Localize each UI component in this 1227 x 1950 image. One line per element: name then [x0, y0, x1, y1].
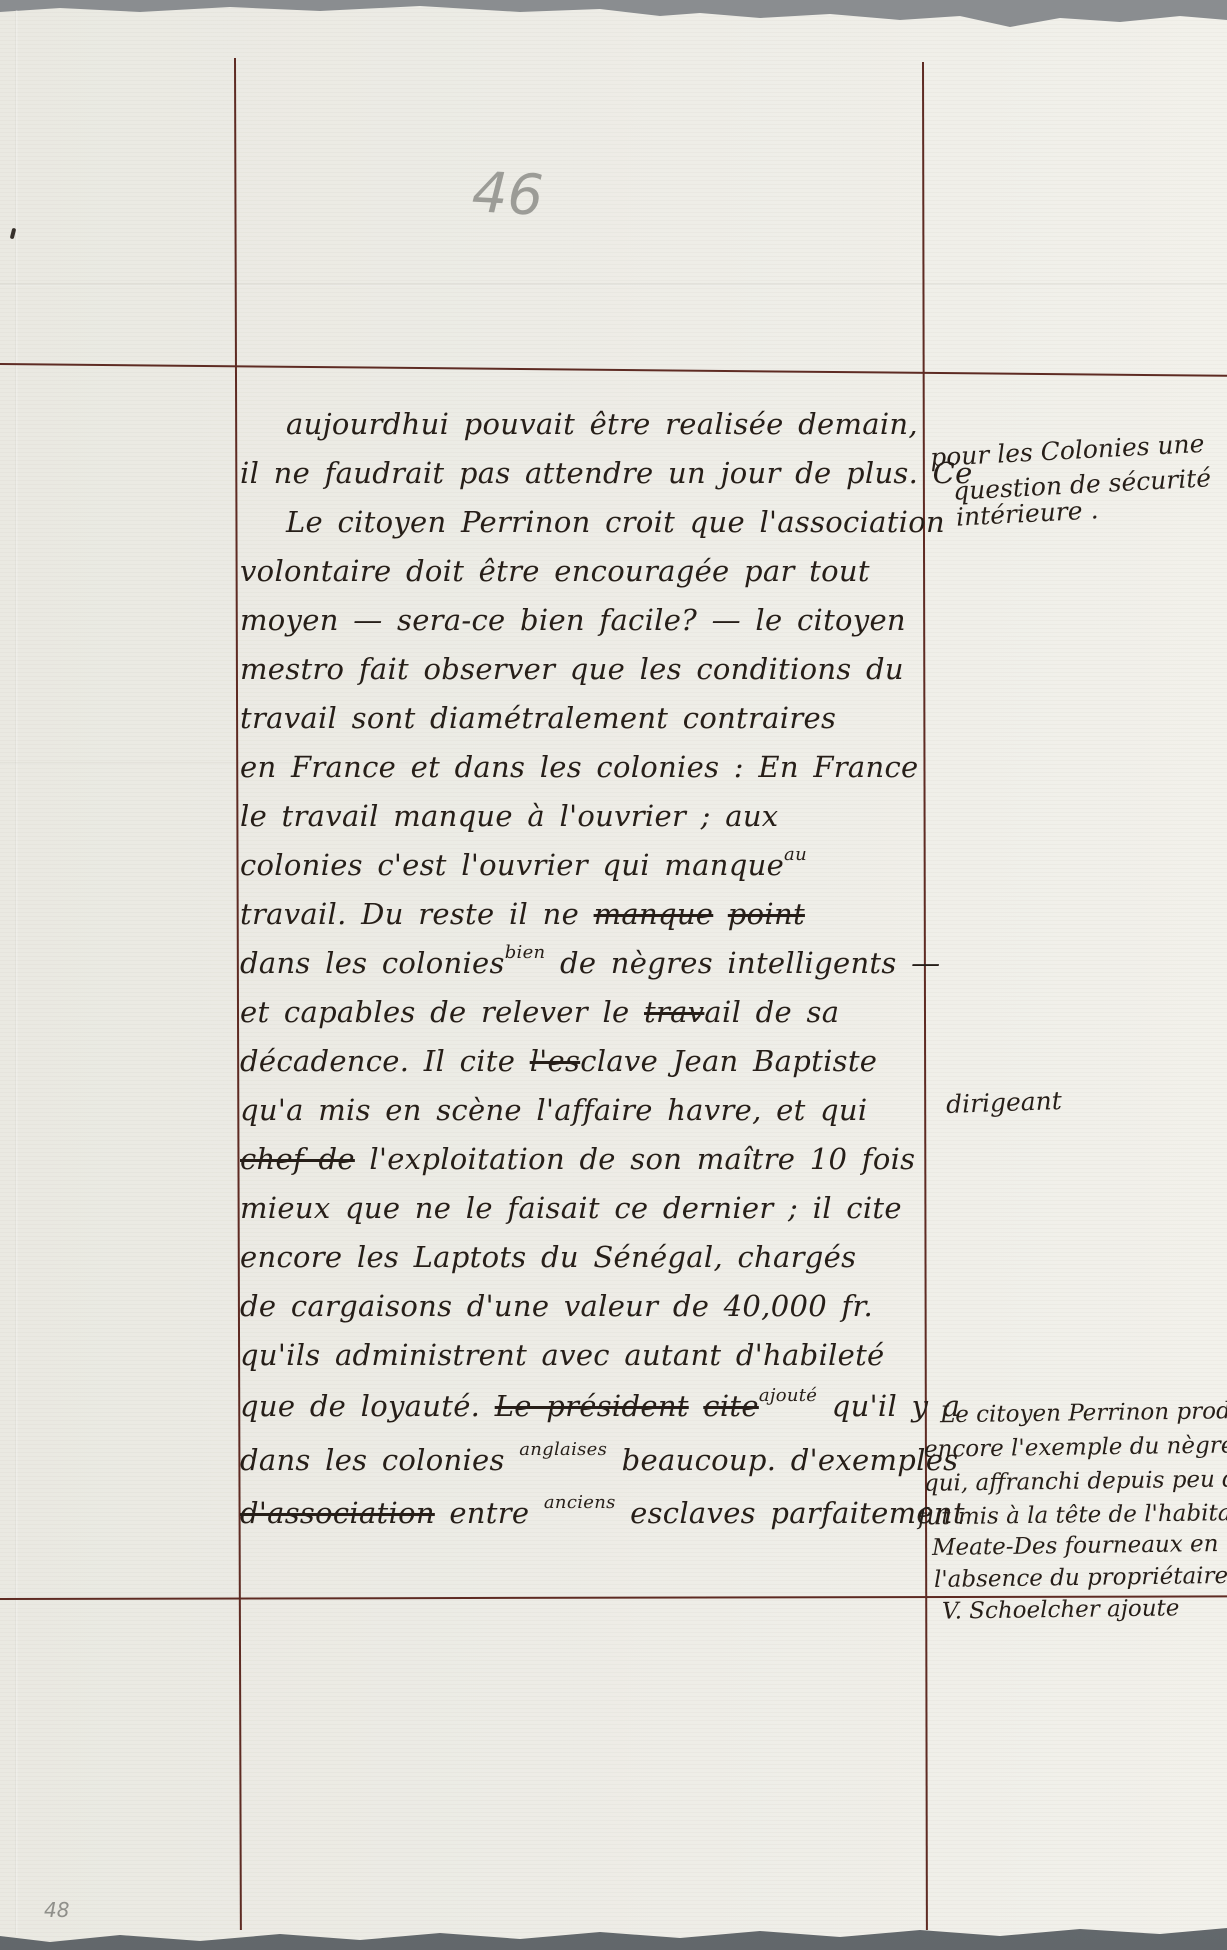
manuscript-words: que de loyauté.: [240, 1389, 495, 1423]
manuscript-line: encore les Laptots du Sénégal, chargés: [240, 1243, 856, 1272]
struck-text: chef de: [240, 1142, 355, 1176]
margin-note-security-line: intérieure .: [955, 497, 1099, 529]
manuscript-words: décadence. Il cite: [240, 1044, 530, 1078]
fold-crease-left: [15, 10, 18, 1935]
manuscript-line: volontaire doit être encouragée par tout: [240, 557, 870, 586]
manuscript-line: dans les colonies anglaises beaucoup. d'…: [240, 1446, 958, 1475]
manuscript-line: mestro fait observer que les conditions …: [240, 655, 904, 684]
margin-note-perrinon-line: Le citoyen Perrinon produit: [940, 1400, 1227, 1427]
folio-number-top: 46: [470, 160, 545, 229]
manuscript-line: chef de l'exploitation de son maître 10 …: [240, 1145, 915, 1174]
struck-text: manque: [594, 897, 714, 931]
struck-text: l'es: [530, 1044, 581, 1078]
manuscript-words: encore les Laptots du Sénégal, chargés: [240, 1240, 856, 1274]
manuscript-words: l'exploitation de son maître 10 fois: [355, 1142, 916, 1176]
manuscript-scan: 46 48 aujourdhui pouvait être realisée d…: [0, 0, 1227, 1950]
manuscript-line: il ne faudrait pas attendre un jour de p…: [240, 459, 973, 488]
struck-text: point: [728, 897, 805, 931]
manuscript-words: mieux que ne le faisait ce dernier ; il …: [240, 1191, 902, 1225]
folio-number-bottom: 48: [44, 1898, 69, 1922]
interlinear-insertion: ajouté: [759, 1385, 817, 1406]
margin-note-perrinon-line: V. Schoelcher ajoute: [942, 1597, 1180, 1623]
interlinear-insertion: anglaises: [519, 1439, 607, 1460]
manuscript-words: dans les colonies: [240, 1443, 519, 1477]
struck-text: trav: [644, 995, 704, 1029]
manuscript-words: clave Jean Baptiste: [580, 1044, 877, 1078]
manuscript-line: moyen — sera-ce bien facile? — le citoye…: [240, 606, 906, 635]
manuscript-words: volontaire doit être encouragée par tout: [240, 554, 870, 588]
manuscript-line: travail. Du reste il ne manque point: [240, 900, 805, 929]
manuscript-line: qu'ils administrent avec autant d'habile…: [240, 1341, 885, 1370]
manuscript-words: [713, 897, 728, 931]
manuscript-line: dans les coloniesbien de nègres intellig…: [240, 949, 940, 978]
manuscript-words: dans les colonies: [240, 946, 505, 980]
manuscript-words: et capables de relever le: [240, 995, 644, 1029]
manuscript-words: esclaves parfaitement: [616, 1496, 965, 1530]
margin-note-perrinon-line: l'absence du propriétaire. Le citoyen: [934, 1563, 1227, 1592]
manuscript-line: le travail manque à l'ouvrier ; aux: [240, 802, 778, 831]
margin-note-perrinon-line: fut mis à la tête de l'habitation: [918, 1501, 1227, 1529]
manuscript-line: d'association entre anciens esclaves par…: [240, 1499, 965, 1528]
interlinear-insertion: bien: [505, 942, 546, 963]
manuscript-words: mestro fait observer que les conditions …: [240, 652, 904, 686]
manuscript-line: de cargaisons d'une valeur de 40,000 fr.: [240, 1292, 873, 1321]
manuscript-words: [689, 1389, 704, 1423]
manuscript-line: qu'a mis en scène l'affaire havre, et qu…: [240, 1096, 867, 1125]
manuscript-line: décadence. Il cite l'esclave Jean Baptis…: [240, 1047, 877, 1076]
manuscript-line: aujourdhui pouvait être realisée demain,: [286, 410, 918, 439]
manuscript-line: Le citoyen Perrinon croit que l'associat…: [286, 508, 945, 537]
margin-note-dirigeant: dirigeant: [946, 1088, 1063, 1117]
interlinear-insertion: au: [784, 844, 807, 865]
manuscript-words: beaucoup. d'exemples: [607, 1443, 958, 1477]
manuscript-words: de cargaisons d'une valeur de 40,000 fr.: [240, 1289, 873, 1323]
manuscript-words: entre: [435, 1496, 544, 1530]
manuscript-words: aujourdhui pouvait être realisée demain,: [286, 407, 918, 441]
margin-note-perrinon-line: Meate-Des fourneaux en: [932, 1533, 1219, 1560]
manuscript-words: il ne faudrait pas attendre un jour de p…: [240, 456, 973, 490]
struck-text: cite: [703, 1389, 759, 1423]
margin-note-perrinon-line: encore l'exemple du nègre Louisy: [924, 1433, 1227, 1461]
manuscript-line: que de loyauté. Le président citeajouté …: [240, 1392, 960, 1421]
manuscript-words: Le citoyen Perrinon croit que l'associat…: [286, 505, 945, 539]
fold-crease-upper: [0, 283, 1227, 286]
manuscript-words: colonies c'est l'ouvrier qui manque: [240, 848, 784, 882]
manuscript-line: travail sont diamétralement contraires: [240, 704, 836, 733]
manuscript-words: qu'ils administrent avec autant d'habile…: [240, 1338, 885, 1372]
manuscript-words: de nègres intelligents —: [545, 946, 940, 980]
manuscript-words: en France et dans les colonies : En Fran…: [240, 750, 919, 784]
manuscript-line: colonies c'est l'ouvrier qui manqueau: [240, 851, 807, 880]
manuscript-words: ail de sa: [704, 995, 839, 1029]
manuscript-words: travail sont diamétralement contraires: [240, 701, 836, 735]
margin-note-perrinon-line: qui, affranchi depuis peu de jours,: [924, 1467, 1227, 1496]
manuscript-line: et capables de relever le travail de sa: [240, 998, 839, 1027]
manuscript-words: travail. Du reste il ne: [240, 897, 594, 931]
struck-text: d'association: [240, 1496, 435, 1530]
interlinear-insertion: anciens: [544, 1492, 616, 1513]
manuscript-words: le travail manque à l'ouvrier ; aux: [240, 799, 778, 833]
manuscript-line: mieux que ne le faisait ce dernier ; il …: [240, 1194, 902, 1223]
manuscript-line: en France et dans les colonies : En Fran…: [240, 753, 919, 782]
struck-text: Le président: [495, 1389, 689, 1423]
manuscript-words: qu'a mis en scène l'affaire havre, et qu…: [240, 1093, 867, 1127]
manuscript-words: moyen — sera-ce bien facile? — le citoye…: [240, 603, 906, 637]
